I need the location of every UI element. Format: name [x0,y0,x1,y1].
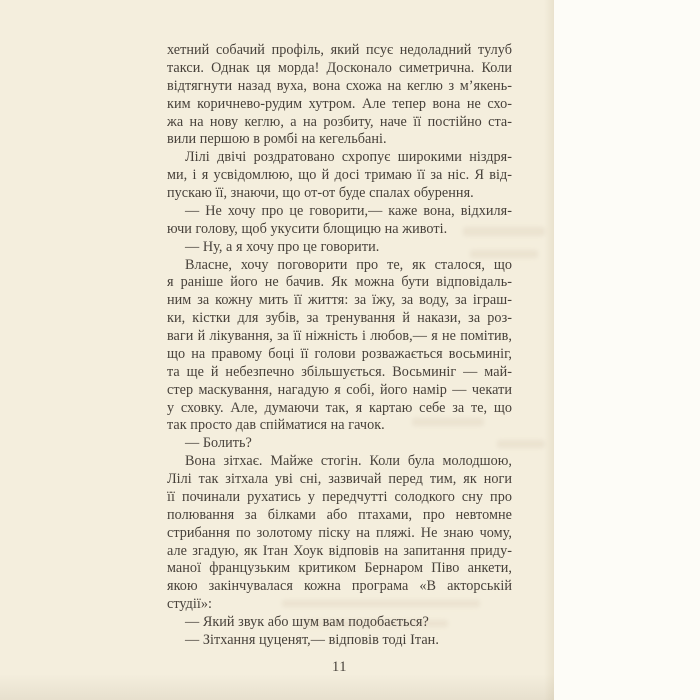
text-line: хетний собачий профіль, який псує недола… [167,42,512,60]
book-page-scan: хетний собачий профіль, який псує недола… [0,0,700,700]
text-line: стер маскування, нагадую я собі, його на… [167,382,512,400]
text-line: у сховку. Але, думаючи так, я картаю себ… [167,400,512,418]
text-line: ним за кожну мить її життя: за їжу, за в… [167,292,512,310]
text-line: що на правому боці її голови розважаєтьс… [167,346,512,364]
text-line: якою закінчувалася кожна програма «В акт… [167,578,512,596]
page-edge-strip [554,0,700,700]
text-line: але згадую, як Ітан Хоук відповів на зап… [167,543,512,561]
text-line: жа на нову кеглю, а на розбиту, наче її … [167,114,512,132]
text-line: полювання за білками або птахами, про не… [167,507,512,525]
text-line: студії»: [167,596,512,614]
text-line: пускаю її, знаючи, що от-от буде спалах … [167,185,512,203]
text-line: — Зітхання цуценят,— відповів тоді Ітан. [167,632,512,650]
text-line: її починали рухатись у передчутті солодк… [167,489,512,507]
text-line: — Не хочу про це говорити,— каже вона, в… [167,203,512,221]
page-gutter-shadow [544,0,554,700]
text-line: Лілі двічі роздратовано схропує широкими… [167,149,512,167]
text-line: так просто дав спійматися на гачок. [167,417,512,435]
text-line: — Який звук або шум вам подобається? [167,614,512,632]
text-line: ки, кістки для зубів, за тренування й на… [167,310,512,328]
text-line: та ще й небезпечно збільшується. Восьмин… [167,364,512,382]
text-line: ючи голову, щоб укусити блощицю на живот… [167,221,512,239]
scan-bottom-shadow [0,674,554,700]
text-line: стрибання по золотому піску на пляжі. Не… [167,525,512,543]
text-line: ваги й лікування, за її ніжність і любов… [167,328,512,346]
text-line: такси. Однак ця морда! Досконало симетри… [167,60,512,78]
text-line: Лілі так зітхала уві сні, зазвичай перед… [167,471,512,489]
text-line: я раніше його не бачив. Як можна бути ві… [167,274,512,292]
text-line: ми, і я усвідомлюю, що й досі тримаю її … [167,167,512,185]
text-line: — Болить? [167,435,512,453]
text-line: Власне, хочу поговорити про те, як стало… [167,257,512,275]
text-line: Вона зітхає. Майже стогін. Коли була мол… [167,453,512,471]
text-block: хетний собачий профіль, який псує недола… [167,42,512,650]
text-line: відтягнути назад вуха, вона схожа на кег… [167,78,512,96]
text-line: ким коричнево-рудим хутром. Але тепер во… [167,96,512,114]
text-line: вили першою в ромбі на кегельбані. [167,131,512,149]
text-line: маної французьким критиком Бернаром Піво… [167,560,512,578]
text-line: — Ну, а я хочу про це говорити. [167,239,512,257]
